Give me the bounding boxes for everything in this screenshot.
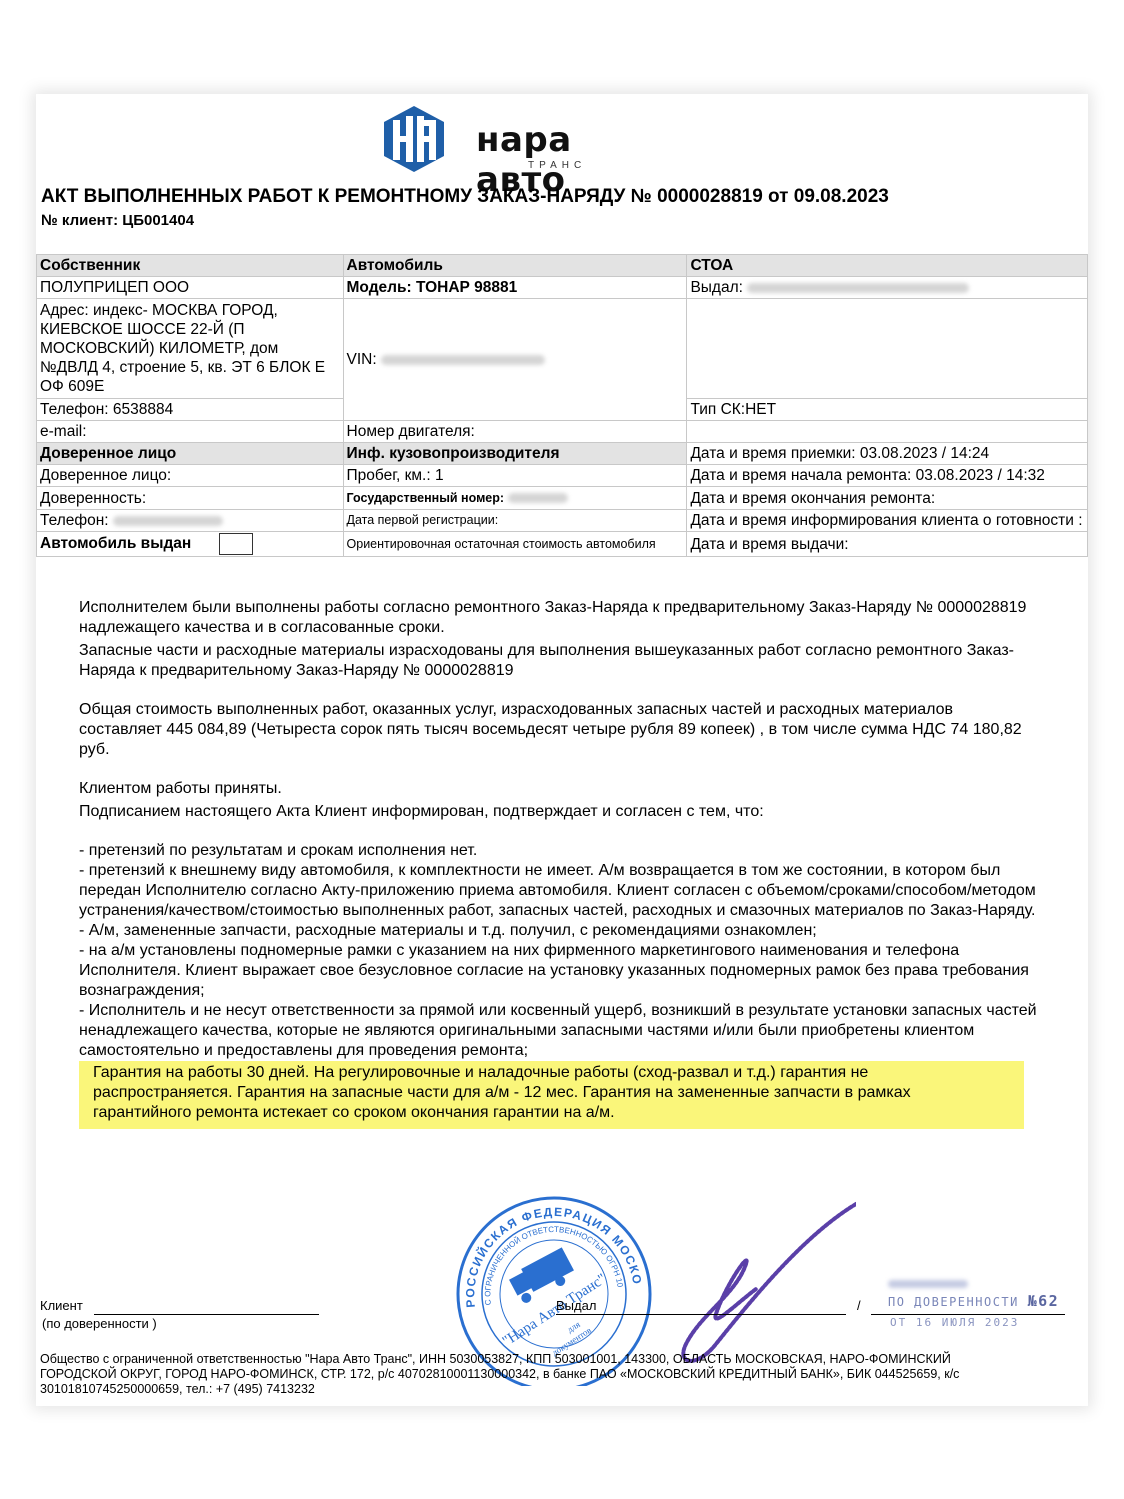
signature-scribble-icon — [656, 1194, 856, 1374]
issued-signature-line — [556, 1314, 846, 1315]
car-model: Модель: ТОНАР 98881 — [343, 277, 687, 299]
table-row: Доверенное лицо Инф. кузовопроизводителя… — [37, 443, 1088, 465]
redacted-phone — [113, 516, 223, 526]
first-registration: Дата первой регистрации: — [343, 510, 687, 532]
paragraph-works-done: Исполнителем были выполнены работы согла… — [79, 598, 1039, 638]
proxy-signature-line — [871, 1314, 1065, 1315]
plate-number: Государственный номер: — [343, 487, 687, 510]
vin-label: VIN: — [347, 351, 377, 368]
act-body: Исполнителем были выполнены работы согла… — [79, 598, 1039, 1129]
redacted-proxy-name — [888, 1280, 968, 1288]
table-row: Телефон: Дата первой регистрации: Дата и… — [37, 510, 1088, 532]
paragraph-client-agrees: Подписанием настоящего Акта Клиент инфор… — [79, 802, 1039, 822]
mileage: Пробег, км.: 1 — [343, 465, 687, 487]
body-maker-header: Инф. кузовопроизводителя — [343, 443, 687, 465]
trustee-person: Доверенное лицо: — [37, 465, 344, 487]
date-client-informed: Дата и время информирования клиента о го… — [687, 510, 1088, 532]
logo-sub-text: ТРАНС — [528, 160, 586, 171]
stoa-sk-type: Тип СК:НЕТ — [687, 399, 1088, 421]
stoa-empty — [687, 299, 1088, 399]
client-signature-line — [94, 1314, 319, 1315]
redacted-name — [747, 283, 969, 293]
table-row: e-mail: Номер двигателя: — [37, 421, 1088, 443]
car-issued-label: Автомобиль выдан — [40, 535, 191, 552]
issued-by-label: Выдал: — [690, 279, 743, 296]
trustee-phone: Телефон: — [37, 510, 344, 532]
document-page: нара авто ТРАНС АКТ ВЫПОЛНЕННЫХ РАБОТ К … — [36, 94, 1088, 1406]
paragraph-total-cost: Общая стоимость выполненных работ, оказа… — [79, 700, 1039, 760]
company-logo: нара авто ТРАНС — [384, 106, 664, 172]
signature-separator: / — [857, 1298, 861, 1313]
proxy-number: №62 — [1028, 1292, 1060, 1310]
proxy-stamp-line2: ОТ 16 ИЮЛЯ 2023 — [890, 1316, 1019, 1329]
date-issued: Дата и время выдачи: — [687, 532, 1088, 557]
list-item: - на а/м установлены подномерные рамки с… — [79, 941, 1039, 1001]
residual-value: Ориентировочная остаточная стоимость авт… — [343, 532, 687, 557]
footer-line: ГОРОДСКОЙ ОКРУГ, ГОРОД НАРО-ФОМИНСК, СТР… — [40, 1367, 1080, 1382]
owner-phone: Телефон: 6538884 — [37, 399, 344, 421]
redacted-plate — [508, 493, 568, 503]
hexagon-logo-icon — [384, 106, 444, 172]
owner-name: ПОЛУПРИЦЕП ООО — [37, 277, 344, 299]
owner-email: e-mail: — [37, 421, 344, 443]
info-table: Собственник Автомобиль СТОА ПОЛУПРИЦЕП О… — [36, 254, 1088, 557]
trustee-phone-label: Телефон: — [40, 512, 109, 529]
proxy-text: ПО ДОВЕРЕННОСТИ — [888, 1295, 1019, 1309]
stoa-header: СТОА — [687, 255, 1088, 277]
trustee-header: Доверенное лицо — [37, 443, 344, 465]
document-title: АКТ ВЫПОЛНЕННЫХ РАБОТ К РЕМОНТНОМУ ЗАКАЗ… — [41, 186, 889, 208]
proxy-stamp-line1: ПО ДОВЕРЕННОСТИ №62 — [888, 1292, 1059, 1310]
company-requisites: Общество с ограниченной ответственностью… — [40, 1352, 1080, 1397]
table-row: Доверенность: Государственный номер: Дат… — [37, 487, 1088, 510]
date-received: Дата и время приемки: 03.08.2023 / 14:24 — [687, 443, 1088, 465]
list-item: - претензий по результатам и срокам испо… — [79, 841, 1039, 861]
date-repair-start: Дата и время начала ремонта: 03.08.2023 … — [687, 465, 1088, 487]
table-row: ПОЛУПРИЦЕП ООО Модель: ТОНАР 98881 Выдал… — [37, 277, 1088, 299]
table-header-row: Собственник Автомобиль СТОА — [37, 255, 1088, 277]
paragraph-parts-used: Запасные части и расходные материалы изр… — [79, 641, 1039, 681]
car-vin: VIN: — [343, 299, 687, 421]
plate-label: Государственный номер: — [347, 491, 505, 505]
owner-address: Адрес: индекс- МОСКВА ГОРОД, КИЕВСКОЕ ШО… — [37, 299, 344, 399]
issued-signature-label: Выдал — [556, 1298, 596, 1313]
car-issued-cell: Автомобиль выдан — [37, 532, 344, 557]
car-issued-checkbox[interactable] — [219, 533, 253, 555]
client-number: № клиент: ЦБ001404 — [41, 212, 194, 229]
owner-header: Собственник — [37, 255, 344, 277]
client-signature-sub: (по доверенности ) — [42, 1316, 157, 1331]
redacted-vin — [381, 355, 545, 365]
table-row: Адрес: индекс- МОСКВА ГОРОД, КИЕВСКОЕ ШО… — [37, 299, 1088, 399]
date-repair-end: Дата и время окончания ремонта: — [687, 487, 1088, 510]
warranty-note: Гарантия на работы 30 дней. На регулиров… — [79, 1061, 1024, 1129]
paragraph-accepted: Клиентом работы приняты. — [79, 779, 1039, 799]
car-engine: Номер двигателя: — [343, 421, 687, 443]
car-header: Автомобиль — [343, 255, 687, 277]
table-row: Автомобиль выдан Ориентировочная остаточ… — [37, 532, 1088, 557]
footer-line: 30101810745250000659, тел.: +7 (495) 741… — [40, 1382, 1080, 1397]
stoa-issued-by: Выдал: — [687, 277, 1088, 299]
table-row: Доверенное лицо: Пробег, км.: 1 Дата и в… — [37, 465, 1088, 487]
stoa-empty-2 — [687, 421, 1088, 443]
client-signature-label: Клиент — [40, 1298, 83, 1313]
svg-text:РОССИЙСКАЯ ФЕДЕРАЦИЯ МОСКОВСКА: РОССИЙСКАЯ ФЕДЕРАЦИЯ МОСКОВСКАЯ ОБЛАСТЬ — [446, 1186, 645, 1313]
list-item: - А/м, замененные запчасти, расходные ма… — [79, 921, 1039, 941]
trustee-poa: Доверенность: — [37, 487, 344, 510]
list-item: - Исполнитель и не несут ответственности… — [79, 1001, 1039, 1061]
list-item: - претензий к внешнему виду автомобиля, … — [79, 861, 1039, 921]
footer-line: Общество с ограниченной ответственностью… — [40, 1352, 1080, 1367]
